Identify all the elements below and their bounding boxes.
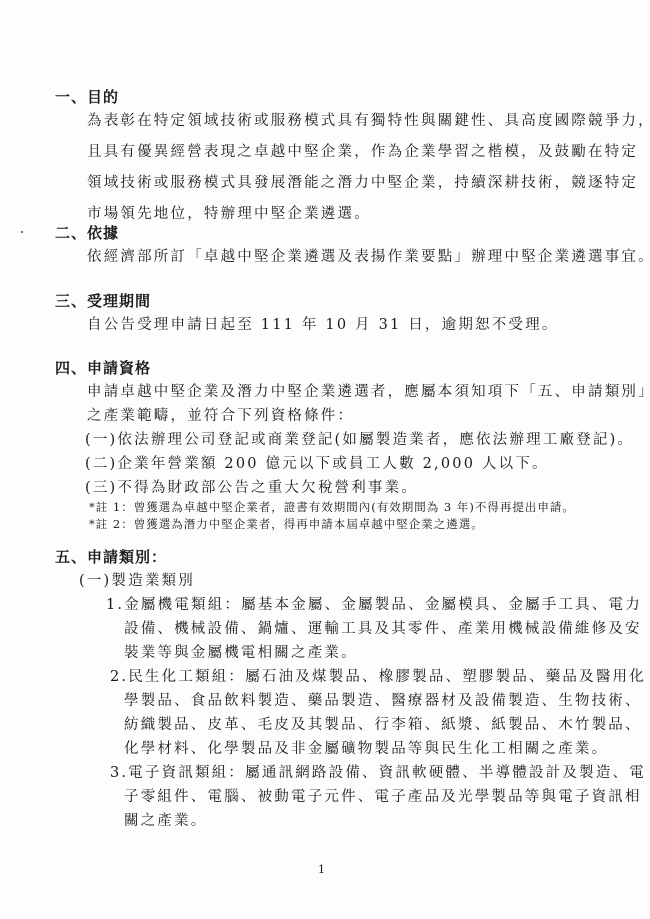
category-item-line: 子零組件、電腦、被動電子元件、電子產品及光學製品等與電子資訊相 [124,790,642,805]
eligibility-condition-2: (二)企業年營業額 200 億元以下或員工人數 2,000 人以下。 [85,457,549,472]
category-item-line: 學製品、食品飲料製造、藥品製造、醫療器材及設備製造、生物技術、 [124,694,642,709]
page-number: 1 [318,863,325,876]
paragraph-line: 且具有優異經營表現之卓越中堅企業，作為企業學習之楷模，及鼓勵在特定 [87,145,638,160]
paragraph-line: 市場領先地位，特辦理中堅企業遴選。 [87,207,371,222]
paragraph-line: 為表彰在特定領域技術或服務模式具有獨特性與關鍵性、具高度國際競爭力， [87,114,650,129]
eligibility-condition-3: (三)不得為財政部公告之重大欠稅營利事業。 [85,481,418,496]
footnote-2: *註 2：曾獲選為潛力中堅企業者，得再申請本屆卓越中堅企業之遴選。 [89,519,484,531]
category-item-line: 化學材料、化學製品及非金屬礦物製品等與民生化工相關之產業。 [124,742,608,757]
category-item-line: 裝業等與金屬機電相關之產業。 [124,646,358,661]
section-heading-purpose: 一、目的 [55,86,119,107]
section-heading-basis: 二、依據 [55,222,119,243]
paragraph-line: 依經濟部所訂「卓越中堅企業遴選及表揚作業要點」辦理中堅企業遴選事宜。 [87,250,650,265]
section-heading-eligibility: 四、申請資格 [55,357,151,378]
section-heading-application-period: 三、受理期間 [55,290,151,311]
category-item-line: 設備、機械設備、鍋爐、運輸工具及其零件、產業用機械設備維修及安 [124,622,642,637]
paragraph-line: 自公告受理申請日起至 111 年 10 月 31 日，逾期恕不受理。 [87,318,559,333]
document-page: 一、目的 為表彰在特定領域技術或服務模式具有獨特性與關鍵性、具高度國際競爭力， … [0,0,650,919]
category-item-line: 紡織製品、皮革、毛皮及其製品、行李箱、紙漿、紙製品、木竹製品、 [124,718,642,733]
paragraph-line: 領域技術或服務模式具發展潛能之潛力中堅企業，持續深耕技術，競逐特定 [87,176,638,191]
category-item-line: 關之產業。 [124,814,208,829]
footnote-1: *註 1：曾獲選為卓越中堅企業者，證書有效期間內(有效期間為 3 年)不得再提出… [89,502,575,514]
scan-artifact [21,231,23,233]
subheading-manufacturing: (一)製造業類別 [79,574,195,589]
category-item-line: 3.電子資訊類組：屬通訊網路設備、資訊軟硬體、半導體設計及製造、電 [110,766,646,781]
paragraph-line: 申請卓越中堅企業及潛力中堅企業遴選者，應屬本須知項下「五、申請類別」 [87,385,650,400]
eligibility-condition-1: (一)依法辦理公司登記或商業登記(如屬製造業者，應依法辦理工廠登記)。 [85,433,634,448]
section-heading-categories: 五、申請類別： [55,546,167,567]
category-item-line: 1.金屬機電類組：屬基本金屬、金屬製品、金屬模具、金屬手工具、電力 [106,598,642,613]
paragraph-line: 之產業範疇，並符合下列資格條件： [87,409,354,424]
category-item-line: 2.民生化工類組：屬石油及煤製品、橡膠製品、塑膠製品、藥品及醫用化 [110,670,646,685]
